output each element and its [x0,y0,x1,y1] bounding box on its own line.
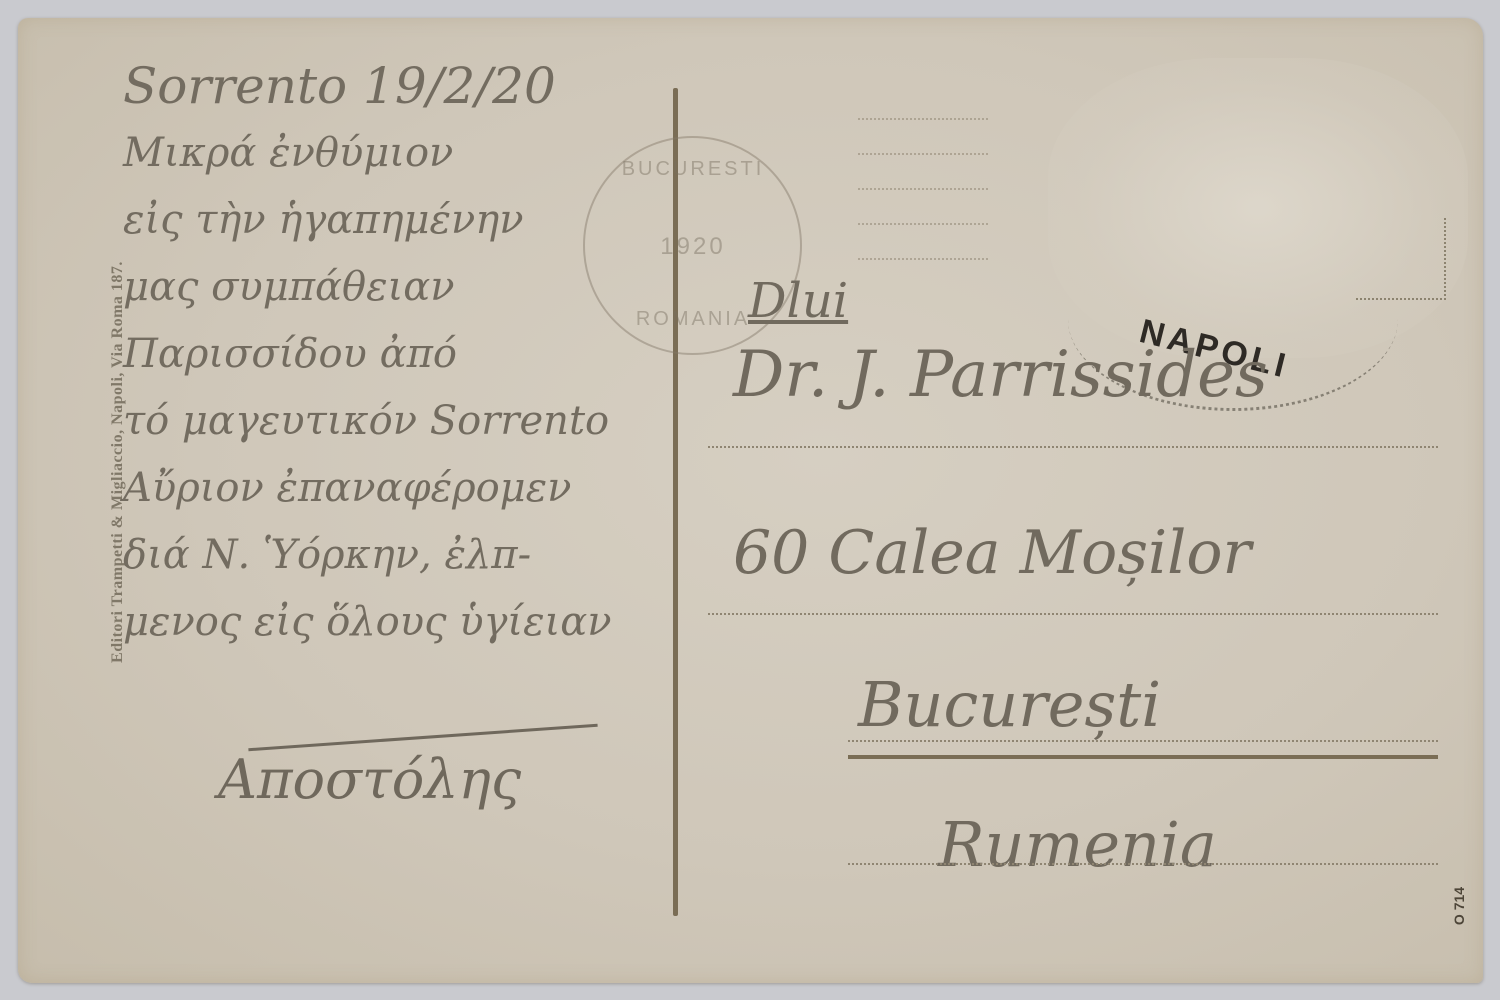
address-name: Dr. J. Parrissides [733,338,1268,412]
faint-rule [858,153,988,155]
address-salutation: Dlui [748,273,848,329]
message-line: Μικρά ἐνθύμιον [123,120,683,187]
card-number: O 714 [1451,887,1467,925]
address-rule-3 [848,740,1438,742]
address-city: București [858,668,1161,741]
message-line: διά Ν. Ὑόρκην, ἐλπ- [123,522,683,589]
address-street: 60 Calea Moșilor [733,518,1251,588]
postcard: Editori Trampetti & Migliaccio, Napoli, … [18,18,1483,983]
message-line: Παρισσίδου ἀπό [123,321,683,388]
signature: Αποστόλης [218,748,521,811]
address-rule-4 [848,863,1438,865]
card-number-prefix: O [1451,914,1467,925]
faint-rule [858,223,988,225]
handwritten-message: Sorrento 19/2/20 Μικρά ἐνθύμιον εἰς τὴν … [123,53,683,656]
faint-rule [858,258,988,260]
message-line: τό μαγευτικόν Sorrento [123,388,683,455]
postmark-date-text: 1920 [608,233,778,261]
address-rule-2 [708,613,1438,615]
stamp-placeholder-box [1356,218,1446,300]
message-line: Αὔριον ἐπαναφέρομεν [123,455,683,522]
postmark-top-text: BUCURESTI [608,158,778,181]
address-solid-rule [848,755,1438,759]
address-rule-1 [708,446,1438,448]
message-line: μενος εἰς ὅλους ὑγίειαν [123,589,683,656]
place-date: Sorrento 19/2/20 [123,53,683,120]
faint-rule [858,118,988,120]
faint-rule [858,188,988,190]
address-country: Rumenia [938,808,1217,881]
card-number-value: 714 [1451,887,1467,910]
